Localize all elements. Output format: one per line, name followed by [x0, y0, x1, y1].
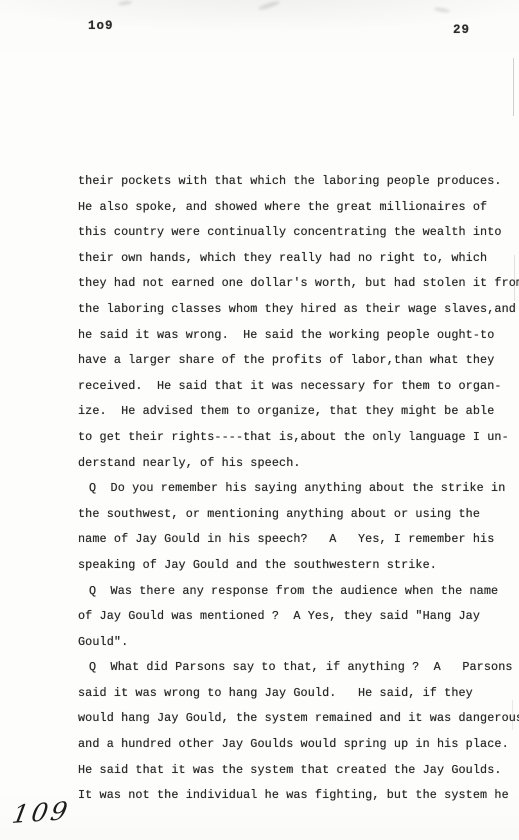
- typed-line: said it was wrong to hang Jay Gould. He …: [78, 681, 514, 707]
- paper-edge-artifact: [513, 58, 514, 116]
- typed-line: Gould".: [78, 630, 514, 656]
- typed-line: to get their rights----that is,about the…: [78, 425, 514, 451]
- typed-line: of Jay Gould was mentioned ? A Yes, they…: [78, 604, 514, 630]
- document-page: 1o9 29 their pockets with that which the…: [0, 0, 519, 840]
- typed-line: It was not the individual he was fightin…: [78, 783, 514, 809]
- typed-line: Q What did Parsons say to that, if anyth…: [78, 655, 514, 681]
- paper-smudge: [434, 7, 450, 14]
- paper-smudge: [258, 0, 280, 11]
- typed-line: ize. He advised them to organize, that t…: [78, 399, 514, 425]
- typed-line: He also spoke, and showed where the grea…: [78, 195, 514, 221]
- transcript-text-block: their pockets with that which the labori…: [78, 169, 514, 809]
- paper-edge-artifact: [512, 700, 513, 730]
- typed-page-number-right: 29: [453, 23, 470, 37]
- typed-line: their pockets with that which the labori…: [78, 169, 514, 195]
- typed-line: received. He said that it was necessary …: [78, 374, 514, 400]
- typed-line: have a larger share of the profits of la…: [78, 348, 514, 374]
- typed-line: name of Jay Gould in his speech? A Yes, …: [78, 527, 514, 553]
- typed-line: derstand nearly, of his speech.: [78, 451, 514, 477]
- typed-line: their own hands, which they really had n…: [78, 246, 514, 272]
- typed-line: He said that it was the system that crea…: [78, 758, 514, 784]
- typed-line: this country were continually concentrat…: [78, 220, 514, 246]
- typed-line: and a hundred other Jay Goulds would spr…: [78, 732, 514, 758]
- paper-edge-artifact: [514, 255, 515, 301]
- typed-line: he said it was wrong. He said the workin…: [78, 323, 514, 349]
- typed-line: Q Do you remember his saying anything ab…: [78, 476, 514, 502]
- typed-line: would hang Jay Gould, the system remaine…: [78, 706, 514, 732]
- typed-line: the southwest, or mentioning anything ab…: [78, 502, 514, 528]
- typed-line: Q Was there any response from the audien…: [78, 579, 514, 605]
- handwritten-page-number: 109: [10, 796, 73, 829]
- paper-smudge: [118, 0, 132, 6]
- typed-line: the laboring classes whom they hired as …: [78, 297, 514, 323]
- typed-page-number-left: 1o9: [88, 19, 114, 33]
- typed-line: they had not earned one dollar's worth, …: [78, 271, 514, 297]
- typed-line: speaking of Jay Gould and the southweste…: [78, 553, 514, 579]
